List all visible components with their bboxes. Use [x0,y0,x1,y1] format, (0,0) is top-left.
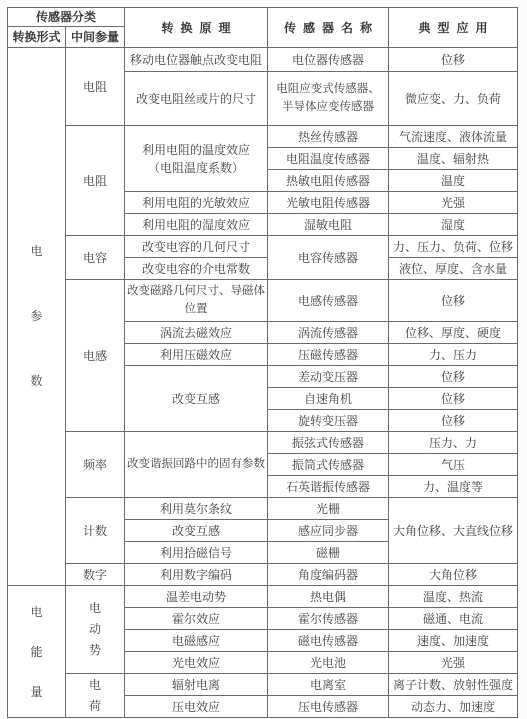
cell-sensor-name: 电阻应变式传感器、 半导体应变传感器 [268,72,389,126]
cell-application: 位移 [389,388,518,410]
cell-sensor-name: 电离室 [268,674,389,696]
cell-principle: 压电效应 [125,696,268,718]
cell-intermediate-param: 数字 [66,564,125,586]
cell-application: 气压 [389,454,518,476]
cell-sensor-name: 电感传感器 [268,280,389,322]
cell-application: 动态力、加速度 [389,696,518,718]
cell-application: 温度 [389,170,518,192]
cell-principle: 改变电容的几何尺寸 [125,236,268,258]
cell-sensor-name: 差动变压器 [268,366,389,388]
cell-principle: 改变谐振回路中的固有参数 [125,432,268,498]
cell-application: 大角位移、大直线位移 [389,498,518,564]
cell-principle: 利用电阻的光敏效应 [125,192,268,214]
cell-principle: 利用莫尔条纹 [125,498,268,520]
cell-principle: 辐射电离 [125,674,268,696]
cell-application: 温度、辐射热 [389,148,518,170]
cell-sensor-name: 角度编码器 [268,564,389,586]
cell-sensor-name: 光敏电阻传感器 [268,192,389,214]
cell-sensor-name: 霍尔传感器 [268,608,389,630]
cell-intermediate-param: 计数 [66,498,125,564]
cell-sensor-name: 石英谐振传感器 [268,476,389,498]
cell-application: 光强 [389,192,518,214]
cell-principle: 移动电位器触点改变电阻 [125,48,268,72]
cell-principle: 改变磁路几何尺寸、导磁体 位置 [125,280,268,322]
cell-principle: 利用压磁效应 [125,344,268,366]
cell-principle: 利用拾磁信号 [125,542,268,564]
cell-intermediate-param: 频率 [66,432,125,498]
cell-principle: 涡流去磁效应 [125,322,268,344]
cell-sensor-name: 感应同步器 [268,520,389,542]
cell-application: 位移 [389,48,518,72]
cell-sensor-name: 电位器传感器 [268,48,389,72]
header-typical-application: 典型应用 [389,8,518,48]
cell-application: 温度、热流 [389,586,518,608]
cell-principle: 改变电阻丝或片的尺寸 [125,72,268,126]
header-sensor-classification: 传感器分类 [8,8,125,27]
cell-principle: 电磁感应 [125,630,268,652]
cell-application: 光强 [389,652,518,674]
cell-principle: 光电效应 [125,652,268,674]
cell-sensor-name: 电阻温度传感器 [268,148,389,170]
cell-application: 力、压力、负荷、位移 [389,236,518,258]
cell-application: 微应变、力、负荷 [389,72,518,126]
cell-application: 气流速度、液体流量 [389,126,518,148]
cell-intermediate-param: 电阻 [66,126,125,236]
cell-intermediate-param: 电感 [66,280,125,432]
cell-application: 液位、厚度、含水量 [389,258,518,280]
cell-conversion-form: 电 能 量 [8,586,66,718]
header-conversion-principle: 转换原理 [125,8,268,48]
cell-principle: 利用电阻的温度效应 （电阻温度系数） [125,126,268,192]
cell-sensor-name: 光栅 [268,498,389,520]
cell-application: 磁通、电流 [389,608,518,630]
cell-intermediate-param: 电 动 势 [66,586,125,674]
cell-principle: 改变互感 [125,520,268,542]
cell-sensor-name: 压电传感器 [268,696,389,718]
cell-intermediate-param: 电 荷 [66,674,125,718]
cell-principle: 利用电阻的湿度效应 [125,214,268,236]
cell-intermediate-param: 电容 [66,236,125,280]
header-sensor-name: 传感器名称 [268,8,389,48]
cell-sensor-name: 磁栅 [268,542,389,564]
cell-sensor-name: 热丝传感器 [268,126,389,148]
cell-sensor-name: 振弦式传感器 [268,432,389,454]
cell-application: 离子计数、放射性强度 [389,674,518,696]
cell-application: 湿度 [389,214,518,236]
cell-sensor-name: 光电池 [268,652,389,674]
cell-principle: 利用数字编码 [125,564,268,586]
sensor-classification-table: 传感器分类 转换原理 传感器名称 典型应用 转换形式 中间参量 电 参 数 电阻… [7,7,518,718]
cell-principle: 霍尔效应 [125,608,268,630]
cell-sensor-name: 热敏电阻传感器 [268,170,389,192]
cell-sensor-name: 旋转变压器 [268,410,389,432]
cell-application: 速度、加速度 [389,630,518,652]
cell-sensor-name: 压磁传感器 [268,344,389,366]
cell-sensor-name: 振筒式传感器 [268,454,389,476]
cell-intermediate-param: 电阻 [66,48,125,126]
cell-application: 位移 [389,280,518,322]
cell-sensor-name: 湿敏电阻 [268,214,389,236]
cell-principle: 改变互感 [125,366,268,432]
cell-principle: 改变电容的介电常数 [125,258,268,280]
cell-application: 力、压力 [389,344,518,366]
cell-sensor-name: 涡流传感器 [268,322,389,344]
cell-application: 位移 [389,410,518,432]
header-intermediate-param: 中间参量 [66,27,125,48]
cell-sensor-name: 电容传感器 [268,236,389,280]
cell-application: 力、温度等 [389,476,518,498]
cell-sensor-name: 热电偶 [268,586,389,608]
header-conversion-form: 转换形式 [8,27,66,48]
cell-application: 位移 [389,366,518,388]
cell-application: 压力、力 [389,432,518,454]
cell-sensor-name: 自速角机 [268,388,389,410]
cell-conversion-form: 电 参 数 [8,48,66,586]
cell-principle: 温差电动势 [125,586,268,608]
cell-application: 大角位移 [389,564,518,586]
cell-sensor-name: 磁电传感器 [268,630,389,652]
cell-application: 位移、厚度、硬度 [389,322,518,344]
